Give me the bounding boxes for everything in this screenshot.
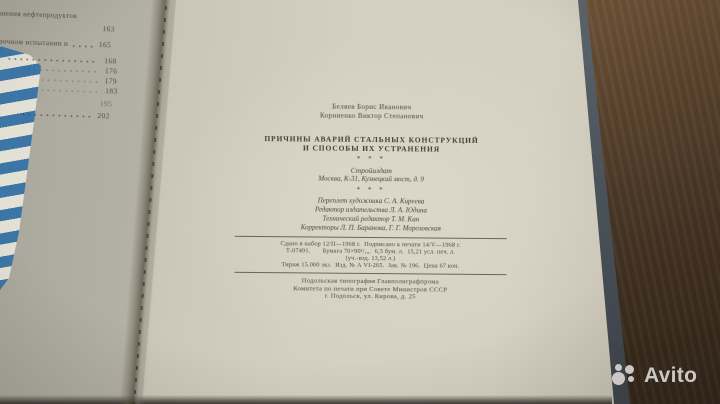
toc-page-number: 179 xyxy=(104,76,117,85)
toc-dot-leader xyxy=(26,68,98,73)
avito-logo-dot xyxy=(615,364,622,371)
toc-dot-leader xyxy=(39,89,97,93)
table-of-contents-fragment: анения нефтепродуктов 163 прочном испыта… xyxy=(0,2,142,137)
toc-page-number: 176 xyxy=(105,66,118,75)
avito-logo-dot xyxy=(625,365,634,374)
printer-block: Подольская типография Главполиграфпрома … xyxy=(202,277,538,302)
publisher-address: Москва, К-31, Кузнецкий мост, д. 9 xyxy=(203,174,539,186)
toc-entry-text: прочном испытании и xyxy=(0,37,68,48)
toc-dot-leader xyxy=(6,58,98,63)
toc-page-number: 195 xyxy=(100,99,113,108)
asterisk-separator: * * * xyxy=(203,154,539,165)
divider-rule xyxy=(235,236,507,239)
book-bottom-edge-shadow xyxy=(0,395,612,404)
book-title-line: И СПОСОБЫ ИХ УСТРАНЕНИЯ xyxy=(203,143,539,155)
toc-entry-text: анения нефтепродуктов xyxy=(0,9,77,20)
toc-dot-leader xyxy=(20,113,94,118)
avito-wordmark: Avito xyxy=(644,364,697,388)
toc-dot-leader xyxy=(40,79,98,83)
avito-logo-icon xyxy=(612,362,639,389)
credit-proofreaders: Корректоры Л. П. Баранова, Г. Г. Морозов… xyxy=(203,223,539,235)
divider-rule xyxy=(234,272,506,275)
toc-page-number: 165 xyxy=(99,40,112,49)
toc-page-number: 163 xyxy=(102,24,115,33)
colophon-block: Беляев Борис Иванович Корниенко Виктор С… xyxy=(202,102,540,302)
toc-dot-leader xyxy=(71,45,97,48)
toc-page-number: 183 xyxy=(105,86,118,95)
asterisk-separator: * * * xyxy=(203,185,539,196)
toc-page-number: 168 xyxy=(104,56,117,65)
toc-page-number: 202 xyxy=(97,111,110,120)
credits-block: Переплет художника С. А. Киреева Редакто… xyxy=(203,196,539,235)
avito-logo-dot xyxy=(612,372,625,385)
book-listing-photo: анения нефтепродуктов 163 прочном испыта… xyxy=(0,0,720,404)
avito-watermark: Avito xyxy=(612,362,697,389)
author-name-line: Корниенко Виктор Степанович xyxy=(204,111,540,123)
avito-logo-dot xyxy=(628,376,634,382)
